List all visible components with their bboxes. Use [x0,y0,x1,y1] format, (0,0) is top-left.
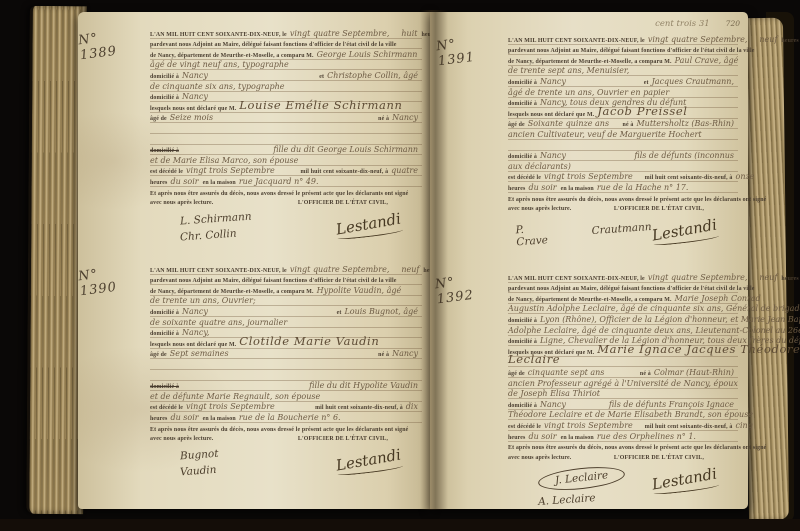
printed-text: domicilié à [150,331,182,337]
printed-text: né à [378,352,392,358]
signature: J. Leclaire [537,463,626,493]
signature: P. Crave [515,222,557,249]
handwritten-text: Christophe Collin, âgé [327,71,422,80]
printed-text: et [644,80,652,86]
handwritten-text: vingt quatre Septembre, [290,29,394,38]
handwritten-text: Nancy [540,151,570,160]
printed-text: âgé de [508,371,528,377]
record-line: Augustin Adolphe Leclaire, âgé de cinqua… [508,304,738,315]
record-body: L'AN MIL HUIT CENT SOIXANTE-DIX-NEUF, le… [508,272,738,505]
record-line: de cinquante six ans, typographe [150,81,422,92]
printed-text: L'AN MIL HUIT CENT SOIXANTE-DIX-NEUF, le [150,32,290,38]
handwritten-text: et de Marie Elisa Marco, son épouse [150,156,302,165]
printed-text: domicilié à [508,339,540,345]
printed-text: L'OFFICIER DE L'ÉTAT CIVIL, [614,206,738,212]
handwritten-text: Adolphe Leclaire, âgé de cinquante deux … [508,326,800,335]
printed-text: L'OFFICIER DE L'ÉTAT CIVIL, [614,455,738,461]
record-line: Et après nous être assurés du décès, nou… [150,187,422,197]
handwritten-text: Nancy [182,92,212,101]
record-line: et de défunte Marie Regnault, son épouse [150,391,422,402]
record-line: de trente un ans, Ouvrier; [150,296,422,307]
handwritten-text: âgé de trente un ans, Ouvrier en papier [508,88,673,97]
record-line: et de Marie Elisa Marco, son épouse [150,155,422,166]
register-right-page: cent trois 31 720 N° 1391 L'AN MIL HUIT … [430,12,748,509]
record-lines: L'AN MIL HUIT CENT SOIXANTE-DIX-NEUF, le… [508,272,738,461]
handwritten-text: du soir [528,183,560,192]
record-line: est décédé levingt trois Septembremil hu… [508,172,738,183]
handwritten-text: Marie Joseph Conrad [675,294,765,303]
printed-text: de Nancy, département de Meurthe-et-Mose… [508,297,675,303]
printed-text: de Nancy, département de Meurthe-et-Mose… [508,59,675,65]
handwritten-text: quatre [391,166,422,175]
record-line: de Nancy, département de Meurthe-et-Mose… [150,285,422,296]
handwritten-text: rue des Orphelines n° 1. [597,432,700,441]
record-line: domicilié àNancyfils de défunts François… [508,399,738,410]
printed-text: domicilié à [508,403,540,409]
record-line: pardevant nous Adjoint au Maire, délégué… [150,39,422,50]
signature: Crautmann [592,221,654,249]
printed-text: L'AN MIL HUIT CENT SOIXANTE-DIX-NEUF, le [150,268,290,274]
death-record-1390: N° 1390 L'AN MIL HUIT CENT SOIXANTE-DIX-… [90,264,422,477]
record-line: ancien Professeur agrégé à l'Université … [508,378,738,389]
record-line: heuresdu soiren la maisonrue de la Bouch… [150,412,422,423]
record-line: âgé deSoixante quinze ansné àMuttersholt… [508,119,738,130]
handwritten-text: Nancy [392,349,422,358]
signature-area: L. SchirmannChr. Collin Lestandi [150,213,422,241]
printed-text: pardevant nous Adjoint au Maire, délégué… [508,48,758,54]
handwritten-text: huit [401,29,421,38]
printed-text: domicilié à [150,148,182,154]
declarant-signatures: BugnotVaudin [154,449,219,477]
printed-text: lesquels nous ont déclaré que M. [150,342,239,348]
printed-text: domicilié à [150,310,182,316]
record-line: heuresdu soiren la maisonrue de la Hache… [508,182,738,193]
record-lines: L'AN MIL HUIT CENT SOIXANTE-DIX-NEUF, le… [150,264,422,442]
record-lines: L'AN MIL HUIT CENT SOIXANTE-DIX-NEUF, le… [150,28,422,206]
printed-text: heures du [781,38,800,44]
handwritten-text: Nancy [182,71,212,80]
printed-text: domicilié à [150,384,182,390]
handwritten-text: Leclaire [508,352,564,366]
printed-text: pardevant nous Adjoint au Maire, délégué… [150,42,400,48]
printed-text: est décédé le [508,175,544,181]
handwritten-text: du soir [170,413,202,422]
record-line: de Nancy, département de Meurthe-et-Mose… [508,55,738,66]
record-body: L'AN MIL HUIT CENT SOIXANTE-DIX-NEUF, le… [150,28,422,241]
officer-signature: Lestandi [651,464,719,497]
handwritten-text: du soir [170,177,202,186]
record-line: L'AN MIL HUIT CENT SOIXANTE-DIX-NEUF, le… [508,272,738,283]
handwritten-text: cinquante sept ans [528,368,609,377]
handwritten-text: Colmar (Haut-Rhin) [654,368,738,377]
record-line [508,140,738,151]
signature: A. Leclaire [538,490,626,508]
printed-text: avec nous après lecture. [508,455,574,461]
printed-text: de Nancy, département de Meurthe-et-Mose… [150,53,317,59]
table-edge [0,519,800,531]
printed-text: est décédé le [150,405,186,411]
handwritten-text: neuf [759,35,781,44]
printed-text: domicilié à [508,101,540,107]
printed-text: pardevant nous Adjoint au Maire, délégué… [150,278,400,284]
register-left-page: N° 1389 L'AN MIL HUIT CENT SOIXANTE-DIX-… [78,12,430,509]
record-line: âgé de vingt neuf ans, typographe [150,60,422,71]
record-line: est décédé levingt trois Septembremil hu… [508,420,738,431]
record-line: avec nous après lecture.L'OFFICIER DE L'… [508,451,738,461]
record-body: L'AN MIL HUIT CENT SOIXANTE-DIX-NEUF, le… [508,34,738,247]
record-line: domicilié àNancyetJacques Crautmann, [508,76,738,87]
printed-text: domicilié à [508,154,540,160]
record-line [150,123,422,134]
printed-text: lesquels nous ont déclaré que M. [508,112,597,118]
handwritten-text: de soixante quatre ans, journalier [150,318,291,327]
record-line: Et après nous être assurés du décès, nou… [150,423,422,433]
officer-signature: Lestandi [651,216,719,249]
handwritten-text: âgé de vingt neuf ans, typographe [150,60,293,69]
printed-text: mil huit cent soixante-dix-neuf, à [645,424,736,430]
handwritten-text: ancien Cultivateur, veuf de Marguerite H… [508,130,706,139]
register-book: N° 1389 L'AN MIL HUIT CENT SOIXANTE-DIX-… [0,0,800,531]
record-line: est décédé levingt trois Septembremil hu… [150,166,422,177]
handwritten-text: onze [736,172,759,181]
printed-text: avec nous après lecture. [150,436,216,442]
record-line [150,370,422,381]
printed-text: L'OFFICIER DE L'ÉTAT CIVIL, [298,436,422,442]
printed-text: domicilié à [150,74,182,80]
officer-signature: Lestandi [335,446,403,479]
record-line: âgé decinquante sept ansné àColmar (Haut… [508,367,738,378]
printed-text: domicilié à [508,80,540,86]
record-line: de trente sept ans, Menuisier, [508,66,738,77]
handwritten-text: Clotilde Marie Vaudin [239,334,383,348]
handwritten-text: Seize mois [170,113,217,122]
folio-number: 720 [726,19,740,28]
handwritten-text: vingt quatre Septembre, [290,265,394,274]
record-line: âgé deSept semainesné àNancy [150,349,422,360]
handwritten-text: fils de défunts (inconnus [634,151,738,160]
signature: Vaudin [180,464,219,479]
handwritten-text: vingt trois Septembre [186,166,279,175]
record-line: domicilié àfille du dit George Louis Sch… [150,145,422,156]
record-line: pardevant nous Adjoint au Maire, délégué… [508,45,738,56]
record-line: âgé deSeize moisné àNancy [150,113,422,124]
handwritten-text: Muttersholtz (Bas-Rhin) [636,119,738,128]
handwritten-text: de trente un ans, Ouvrier; [150,296,260,305]
handwritten-text: Louise Emélie Schirmann [239,98,406,112]
record-line [150,359,422,370]
printed-text: pardevant nous Adjoint au Maire, délégué… [508,286,758,292]
printed-text: âgé de [508,122,528,128]
handwritten-text: Augustin Adolphe Leclaire, âgé de cinqua… [508,304,800,313]
handwritten-text: et de défunte Marie Regnault, son épouse [150,392,324,401]
printed-text: domicilié à [150,95,182,101]
record-line: domicilié àNancyetChristophe Collin, âgé [150,70,422,81]
record-line: Et après nous être assurés du décès, nou… [508,442,738,452]
printed-text: mil huit cent soixante-dix-neuf, à [315,405,406,411]
printed-text: est décédé le [150,169,186,175]
signature: Bugnot [180,448,219,463]
printed-text: en la maison [561,435,597,441]
record-line: de soixante quatre ans, journalier [150,317,422,328]
printed-text: âgé de [150,116,170,122]
signature-area: J. LeclaireA. Leclaire Lestandi [508,468,738,505]
printed-text: avec nous après lecture. [150,200,216,206]
handwritten-text: de cinquante six ans, typographe [150,82,289,91]
handwritten-text: Nancy, [182,328,213,337]
handwritten-text: neuf [401,265,423,274]
handwritten-text: neuf [759,273,781,282]
signature: L. Schirmann [180,211,252,228]
printed-text: heures du [781,276,800,282]
printed-text: domicilié à [508,318,540,324]
death-record-1392: N° 1392 L'AN MIL HUIT CENT SOIXANTE-DIX-… [448,272,738,505]
record-line: pardevant nous Adjoint au Maire, délégué… [150,275,422,286]
record-line: pardevant nous Adjoint au Maire, délégué… [508,283,738,294]
handwritten-text: Nancy [540,400,570,409]
record-line: avec nous après lecture.L'OFFICIER DE L'… [150,197,422,207]
handwritten-text: vingt trois Septembre [186,402,279,411]
handwritten-text: Nancy [540,77,570,86]
declarant-signatures: P. CraveCrautmann [512,219,652,247]
record-line: Et après nous être assurés du décès, nou… [508,193,738,203]
printed-text: mil huit cent soixante-dix-neuf, à [300,169,391,175]
record-line: avec nous après lecture.L'OFFICIER DE L'… [508,203,738,213]
record-line: de Nancy, département de Meurthe-et-Mose… [150,49,422,60]
record-lines: L'AN MIL HUIT CENT SOIXANTE-DIX-NEUF, le… [508,34,738,212]
handwritten-text: ancien Professeur agrégé à l'Université … [508,379,742,388]
printed-text: né à [378,116,392,122]
record-line: domicilié àNancyfils de défunts (inconnu… [508,151,738,162]
signature-area: P. CraveCrautmann Lestandi [508,219,738,247]
printed-text: et [319,74,327,80]
handwritten-text: dix [406,402,422,411]
handwritten-text: vingt quatre Septembre, [648,273,752,282]
handwritten-text: fille du dit Hypolite Vaudin [309,381,422,390]
printed-text: Et après nous être assurés du décès, nou… [508,445,769,451]
handwritten-text: Soixante quinze ans [528,119,613,128]
handwritten-text: rue de la Hache n° 17. [597,183,693,192]
corner-annotation-text: cent trois 31 [655,19,710,29]
handwritten-text: Lyon (Rhône), Officier de la Légion d'ho… [540,315,800,324]
printed-text: mil huit cent soixante-dix-neuf, à [645,175,736,181]
handwritten-text: Louis Bugnot, âgé [344,307,422,316]
printed-text: âgé de [150,352,170,358]
handwritten-text: rue de la Boucherie n° 6. [239,413,345,422]
corner-annotation: cent trois 31 720 [655,19,740,29]
record-line: ancien Cultivateur, veuf de Marguerite H… [508,129,738,140]
record-line: heuresdu soiren la maisonrue des Orpheli… [508,431,738,442]
handwritten-text: rue Jacquard n° 49. [239,177,323,186]
printed-text: en la maison [203,180,239,186]
declarant-signatures: L. SchirmannChr. Collin [154,213,252,241]
printed-text: né à [640,371,654,377]
record-line: est décédé levingt trois Septembremil hu… [150,402,422,413]
handwritten-text: fille du dit George Louis Schirmann [273,145,422,154]
handwritten-text: vingt trois Septembre [544,172,637,181]
record-line: domicilié àNancyetLouis Bugnot, âgé [150,306,422,317]
handwritten-text: aux déclarants) [508,162,575,171]
record-line: domicilié àfille du dit Hypolite Vaudin [150,381,422,392]
record-line: lesquels nous ont déclaré que M.Jacob Pr… [508,108,738,119]
handwritten-text: Nancy [182,307,212,316]
handwritten-text: de trente sept ans, Menuisier, [508,66,633,75]
printed-text: est décédé le [508,424,544,430]
printed-text: lesquels nous ont déclaré que M. [150,106,239,112]
signature: Chr. Collin [180,227,252,244]
record-line: L'AN MIL HUIT CENT SOIXANTE-DIX-NEUF, le… [508,34,738,45]
record-line: avec nous après lecture.L'OFFICIER DE L'… [150,433,422,443]
printed-text: de Nancy, département de Meurthe-et-Mose… [150,289,317,295]
record-line: domicilié àLyon (Rhône), Officier de la … [508,314,738,325]
printed-text: L'AN MIL HUIT CENT SOIXANTE-DIX-NEUF, le [508,38,648,44]
printed-text: L'AN MIL HUIT CENT SOIXANTE-DIX-NEUF, le [508,276,648,282]
record-line: lesquels nous ont déclaré que M.Louise E… [150,102,422,113]
record-line: Théodore Leclaire et de Marie Elisabeth … [508,410,738,421]
handwritten-text: Jacob Preissel [597,104,691,118]
signature-area: BugnotVaudin Lestandi [150,449,422,477]
handwritten-text: cinq [736,421,757,430]
record-line: de Joseph Elisa Thiriot [508,389,738,400]
record-line: L'AN MIL HUIT CENT SOIXANTE-DIX-NEUF, le… [150,28,422,39]
printed-text: avec nous après lecture. [508,206,574,212]
printed-text: Et après nous être assurés du décès, nou… [150,191,411,197]
handwritten-text: Marie Ignace Jacques Théodore [597,342,800,356]
handwritten-text: vingt trois Septembre [544,421,637,430]
handwritten-text: du soir [528,432,560,441]
handwritten-text: Théodore Leclaire et de Marie Elisabeth … [508,410,757,419]
record-line: heuresdu soiren la maisonrue Jacquard n°… [150,176,422,187]
record-line: Adolphe Leclaire, âgé de cinquante deux … [508,325,738,336]
officer-signature: Lestandi [335,210,403,243]
handwritten-text: fils de défunts François Ignace [609,400,738,409]
record-line [150,134,422,145]
printed-text: en la maison [203,416,239,422]
handwritten-text: Paul Crave, âgé [675,56,743,65]
record-body: L'AN MIL HUIT CENT SOIXANTE-DIX-NEUF, le… [150,264,422,477]
handwritten-text: George Louis Schirmann [317,50,422,59]
handwritten-text: vingt quatre Septembre, [648,35,752,44]
handwritten-text: Hypolite Vaudin, âgé [317,286,406,295]
death-record-1389: N° 1389 L'AN MIL HUIT CENT SOIXANTE-DIX-… [90,28,422,241]
record-line: âgé de trente un ans, Ouvrier en papier [508,87,738,98]
death-record-1391: N° 1391 L'AN MIL HUIT CENT SOIXANTE-DIX-… [448,34,738,247]
record-line: aux déclarants) [508,161,738,172]
printed-text: Et après nous être assurés du décès, nou… [508,197,769,203]
handwritten-text: Sept semaines [170,349,233,358]
record-line: de Nancy, département de Meurthe-et-Mose… [508,293,738,304]
record-line: L'AN MIL HUIT CENT SOIXANTE-DIX-NEUF, le… [150,264,422,275]
printed-text: L'OFFICIER DE L'ÉTAT CIVIL, [298,200,422,206]
handwritten-text: de Joseph Elisa Thiriot [508,389,604,398]
declarant-signatures: J. LeclaireA. Leclaire [512,468,625,505]
record-line: lesquels nous ont déclaré que M.Clotilde… [150,338,422,349]
printed-text: né à [623,122,637,128]
printed-text: en la maison [561,186,597,192]
printed-text: Et après nous être assurés du décès, nou… [150,427,411,433]
handwritten-text: Nancy [392,113,422,122]
handwritten-text: Jacques Crautmann, [652,77,738,86]
record-line: Leclaire [508,357,738,368]
